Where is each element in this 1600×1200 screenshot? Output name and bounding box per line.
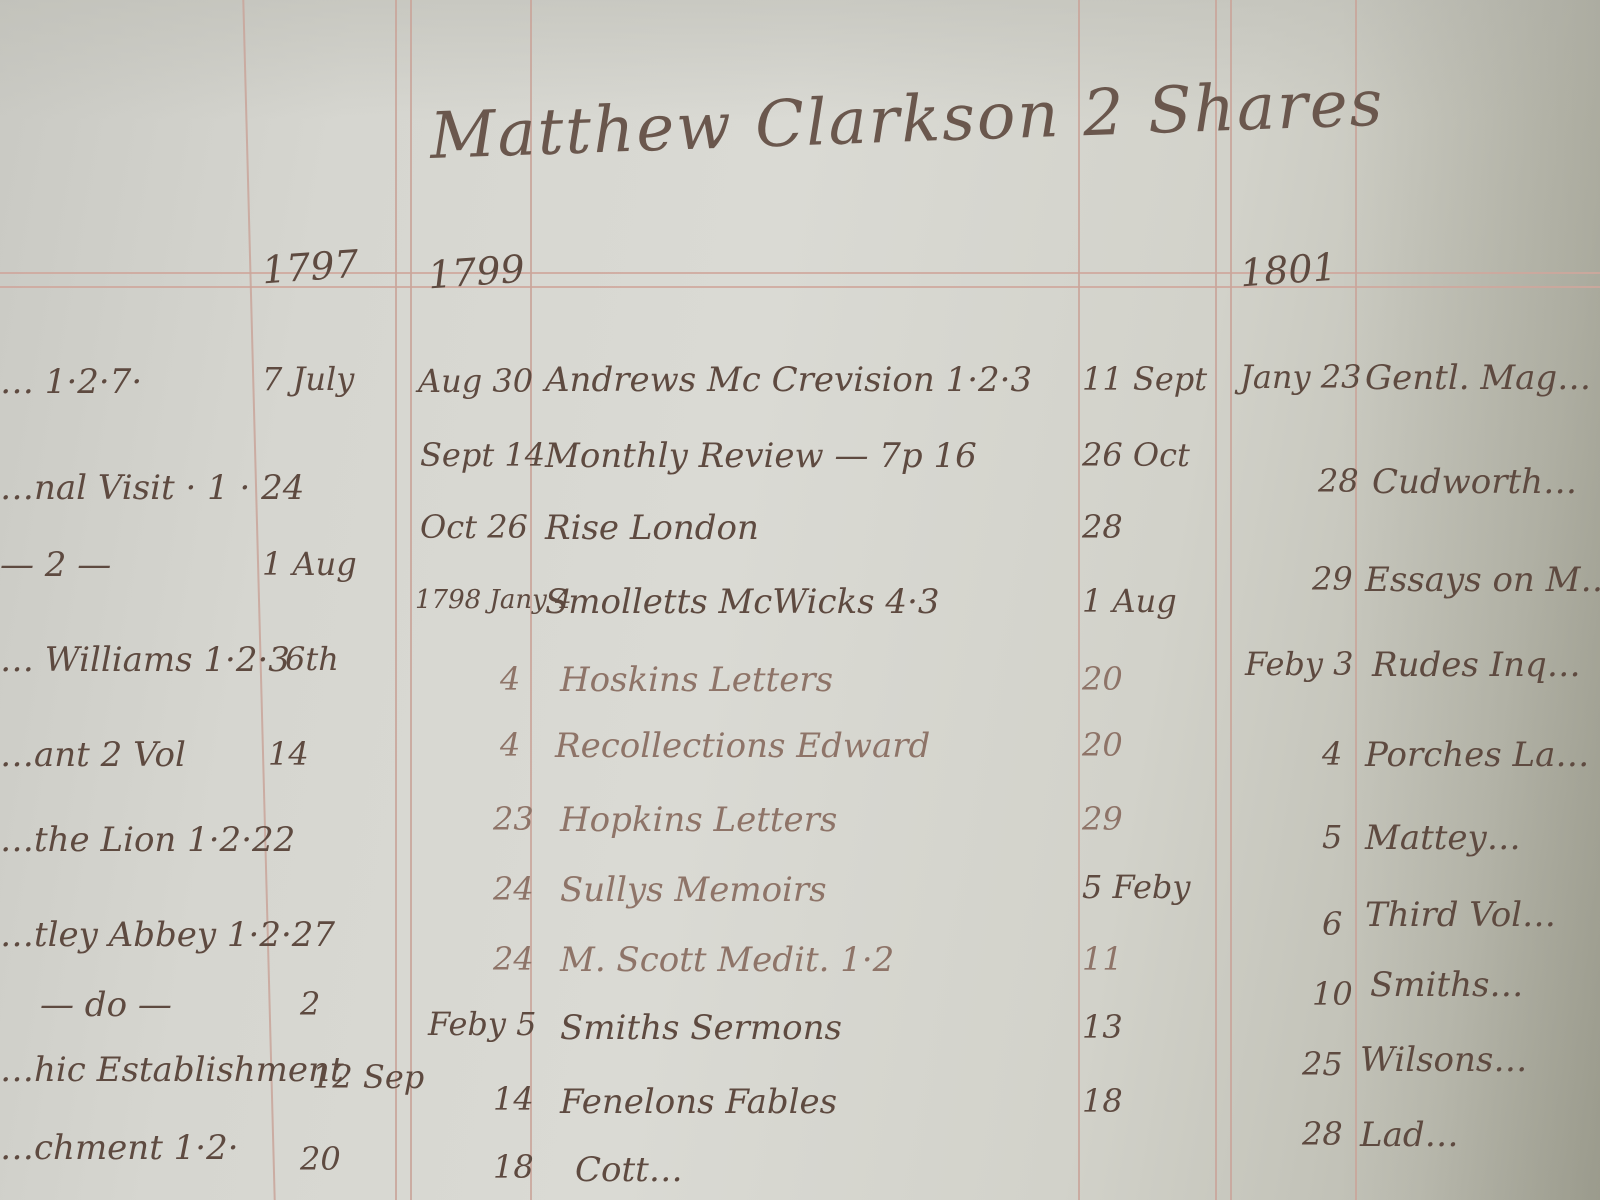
borrow-date: Sept 14: [420, 436, 545, 474]
right-date: 10: [1312, 975, 1353, 1013]
year-header-left: 1797: [261, 242, 361, 293]
right-entry: Cudworth…: [1372, 462, 1577, 502]
header-rule-1: [0, 272, 1600, 274]
left-date: 1 Aug: [262, 545, 357, 583]
borrow-date: 24: [493, 940, 534, 978]
left-date: 14: [268, 735, 309, 773]
left-entry: — 2 —: [0, 545, 111, 585]
column-rule-returned: [1078, 0, 1080, 1200]
book-title: Cott…: [575, 1150, 683, 1190]
right-date: Jany 23: [1240, 358, 1361, 396]
borrow-date: 24: [493, 870, 534, 908]
right-entry: Rudes Inq…: [1372, 645, 1581, 685]
left-date: 2: [300, 985, 320, 1023]
right-date: 28: [1318, 462, 1359, 500]
borrow-date: 4: [500, 660, 520, 698]
right-date: 25: [1302, 1045, 1343, 1083]
return-date: 20: [1082, 726, 1123, 764]
return-date: 28: [1082, 508, 1123, 546]
left-date: 20: [300, 1140, 341, 1178]
return-date: 20: [1082, 660, 1123, 698]
right-entry: Gentl. Mag…: [1365, 358, 1591, 398]
column-rule-double-b: [410, 0, 412, 1200]
book-title: Fenelons Fables: [560, 1082, 837, 1122]
left-entry: …hic Establishment: [0, 1050, 344, 1090]
left-date: 6th: [285, 640, 339, 678]
book-title: Hoskins Letters: [560, 660, 833, 700]
left-entry: — do —: [40, 985, 172, 1025]
paper-shadow-right: [1340, 0, 1600, 1200]
return-date: 18: [1082, 1082, 1123, 1120]
left-entry: …chment 1·2·: [0, 1128, 239, 1168]
header-rule-2: [0, 286, 1600, 288]
return-date: 5 Feby: [1082, 868, 1190, 906]
book-title: Sullys Memoirs: [560, 870, 827, 910]
book-title: Smiths Sermons: [560, 1008, 842, 1048]
book-title: Recollections Edward: [555, 726, 930, 766]
column-rule-right-date: [1355, 0, 1357, 1200]
left-entry: …nal Visit · 1 · 24: [0, 468, 304, 508]
right-date: 29: [1312, 560, 1353, 598]
return-date: 13: [1082, 1008, 1123, 1046]
left-date: 12 Sep: [312, 1058, 424, 1096]
right-entry: Essays on M…: [1365, 560, 1600, 600]
right-date: 4: [1322, 735, 1342, 773]
column-rule-double-a: [395, 0, 397, 1200]
column-rule-double-d: [1230, 0, 1232, 1200]
return-date: 29: [1082, 800, 1123, 838]
book-title: Andrews Mc Crevision 1·2·3: [545, 360, 1032, 400]
year-header-right: 1801: [1239, 245, 1339, 296]
left-entry: …ant 2 Vol: [0, 735, 186, 775]
left-entry: …tley Abbey 1·2·27: [0, 915, 335, 955]
borrow-date: Feby 5: [428, 1005, 536, 1043]
right-entry: Porches La…: [1365, 735, 1589, 775]
year-header-center: 1799: [427, 247, 527, 298]
left-entry: … Williams 1·2·3: [0, 640, 290, 680]
left-entry: …the Lion 1·2·22: [0, 820, 295, 860]
borrow-date: Aug 30: [418, 362, 533, 400]
borrow-date: 14: [493, 1080, 534, 1118]
return-date: 1 Aug: [1082, 582, 1177, 620]
right-date: 5: [1322, 818, 1342, 856]
borrow-date: 4: [500, 726, 520, 764]
right-entry: Third Vol…: [1365, 895, 1556, 935]
book-title: M. Scott Medit. 1·2: [560, 940, 894, 980]
right-entry: Mattey…: [1365, 818, 1521, 858]
book-title: Hopkins Letters: [560, 800, 837, 840]
right-date: 28: [1302, 1115, 1343, 1153]
book-title: Rise London: [545, 508, 759, 548]
right-entry: Wilsons…: [1360, 1040, 1527, 1080]
right-date: Feby 3: [1245, 645, 1353, 683]
column-rule-left-date: [242, 0, 275, 1200]
borrow-date: 23: [493, 800, 534, 838]
column-rule-double-c: [1215, 0, 1217, 1200]
left-date: 7 July: [262, 360, 354, 398]
borrow-date: Oct 26: [420, 508, 528, 546]
return-date: 11 Sept: [1082, 360, 1207, 398]
left-entry: … 1·2·7·: [0, 362, 142, 402]
right-date: 6: [1322, 905, 1342, 943]
borrow-date: 18: [493, 1148, 534, 1186]
book-title: Smolletts McWicks 4·3: [545, 582, 940, 622]
right-entry: Smiths…: [1370, 965, 1523, 1005]
return-date: 26 Oct: [1082, 436, 1190, 474]
book-title: Monthly Review — 7p 16: [545, 436, 977, 476]
right-entry: Lad…: [1360, 1115, 1459, 1155]
return-date: 11: [1082, 940, 1123, 978]
